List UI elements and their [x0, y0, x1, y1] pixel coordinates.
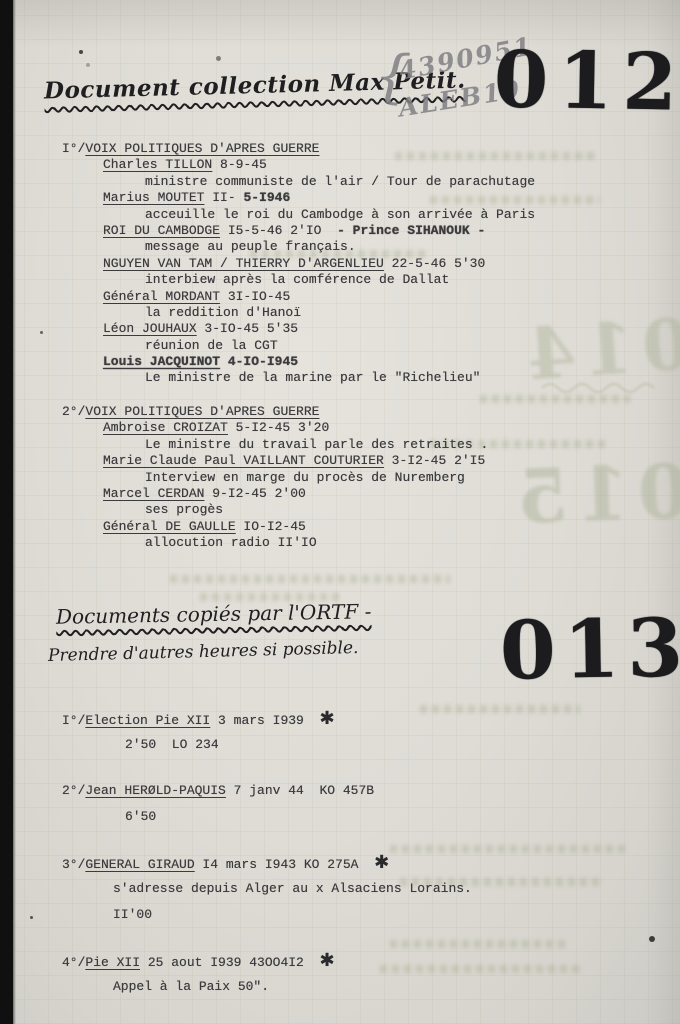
text-segment: 6'50 [125, 809, 156, 824]
underlined-text: NGUYEN VAN TAM / THIERRY D'ARGENLIEU [103, 256, 384, 271]
text-segment: II'00 [113, 907, 152, 922]
text-segment: 2°/ [62, 404, 85, 419]
text-segment: 5-I2-45 3'20 [228, 420, 329, 435]
typed-line: ses progès [62, 502, 488, 518]
text-segment: interbiew après la comférence de Dallat [145, 272, 449, 287]
text-segment: ses progès [145, 502, 223, 517]
text-segment: Le ministre de la marine par le "Richeli… [145, 370, 480, 385]
text-segment: 3-I2-45 2'I5 [384, 453, 485, 468]
ghost-stamp-015: 015 [507, 449, 680, 541]
blank-line [62, 928, 472, 948]
underlined-text: Marius MOUTET [103, 190, 204, 205]
typed-section-numbered-list: I°/Election Pie XII 3 mars I939 ✱2'50 LO… [62, 706, 472, 1000]
text-segment: 4-IO-I945 [220, 354, 298, 369]
text-segment: 4°/ [62, 955, 85, 970]
underlined-text: Jean HERØLD-PAQUIS [85, 783, 225, 798]
typed-line: message au peuple français. [62, 239, 535, 255]
typed-line: I°/VOIX POLITIQUES D'APRES GUERRE [62, 141, 535, 157]
blank-line [62, 758, 472, 778]
typed-line: Le ministre de la marine par le "Richeli… [62, 370, 535, 386]
handwritten-note-sources: Prendre d'autres heures si possible. [48, 638, 359, 666]
dust-speck [216, 56, 221, 61]
typed-line: NGUYEN VAN TAM / THIERRY D'ARGENLIEU 22-… [62, 256, 535, 272]
text-segment: II- [204, 190, 243, 205]
typed-line: Léon JOUHAUX 3-IO-45 5'35 [62, 321, 535, 337]
star-mark: ✱ [319, 708, 334, 729]
typed-line: Louis JACQUINOT 4-IO-I945 [62, 354, 535, 370]
typed-line: 2°/VOIX POLITIQUES D'APRES GUERRE [62, 404, 488, 420]
text-segment: 2'50 LO 234 [125, 737, 219, 752]
typed-line: ROI DU CAMBODGE I5-5-46 2'IO - Prince SI… [62, 223, 535, 239]
text-segment: - Prince SIHANOUK - [337, 223, 485, 238]
typed-line: Général DE GAULLE IO-I2-45 [62, 519, 488, 535]
text-segment: I°/ [62, 141, 85, 156]
underlined-text: Marcel CERDAN [103, 486, 204, 501]
underlined-text: Léon JOUHAUX [103, 321, 197, 336]
text-segment: ministre communiste de l'air / Tour de p… [145, 174, 535, 189]
page-number-stamp-013: 013 [499, 600, 680, 697]
typed-line: Marius MOUTET II- 5-I946 [62, 190, 535, 206]
blank-line [62, 830, 472, 850]
typed-line: interbiew après la comférence de Dallat [62, 272, 535, 288]
text-segment: 8-9-45 [212, 157, 267, 172]
text-segment: I°/ [62, 713, 85, 728]
typed-line: 3°/GENERAL GIRAUD I4 mars I943 KO 275A ✱ [62, 850, 472, 876]
typed-line: ministre communiste de l'air / Tour de p… [62, 174, 535, 190]
typed-line: Marie Claude Paul VAILLANT COUTURIER 3-I… [62, 453, 488, 469]
typed-line: 2°/Jean HERØLD-PAQUIS 7 janv 44 KO 457B [62, 778, 472, 804]
text-segment: Le ministre du travail parle des retrait… [145, 437, 488, 452]
typed-line: la reddition d'Hanoï [62, 305, 535, 321]
scan-edge-shadow [13, 0, 16, 1024]
handwritten-note-ortf: Documents copiés par l'ORTF - [56, 599, 372, 629]
typed-line: Ambroise CROIZAT 5-I2-45 3'20 [62, 420, 488, 436]
underlined-text: Pie XII [85, 955, 140, 970]
text-segment: 7 janv 44 KO 457B [226, 783, 374, 798]
text-segment: I4 mars I943 KO 275A [195, 857, 374, 872]
dust-speck [30, 916, 33, 919]
typed-line: Interview en marge du procès de Nurember… [62, 470, 488, 486]
typed-line: Le ministre du travail parle des retrait… [62, 437, 488, 453]
underlined-text: Ambroise CROIZAT [103, 420, 228, 435]
ghost-handwriting-bleed [540, 378, 670, 394]
typed-line: I°/Election Pie XII 3 mars I939 ✱ [62, 706, 472, 732]
text-segment: 2°/ [62, 783, 85, 798]
underlined-text: Marie Claude Paul VAILLANT COUTURIER [103, 453, 384, 468]
text-segment: la reddition d'Hanoï [145, 305, 301, 320]
typed-line: Charles TILLON 8-9-45 [62, 157, 535, 173]
underlined-text: GENERAL GIRAUD [85, 857, 194, 872]
typed-line: Appel à la Paix 50". [62, 974, 472, 1000]
text-segment: 3-IO-45 5'35 [197, 321, 298, 336]
underlined-text: VOIX POLITIQUES D'APRES GUERRE [85, 141, 319, 156]
star-mark: ✱ [319, 950, 334, 971]
text-segment: 9-I2-45 2'00 [204, 486, 305, 501]
text-segment: Interview en marge du procès de Nurember… [145, 470, 465, 485]
text-segment: 3I-IO-45 [220, 289, 290, 304]
text-segment: 25 aout I939 43OO4I2 [140, 955, 319, 970]
text-segment: allocution radio II'IO [145, 535, 317, 550]
typed-line: 6'50 [62, 804, 472, 830]
underlined-text: Général MORDANT [103, 289, 220, 304]
underlined-text: Charles TILLON [103, 157, 212, 172]
typed-section-voix-politiques-1: I°/VOIX POLITIQUES D'APRES GUERRECharles… [62, 141, 535, 387]
underlined-text: Général DE GAULLE [103, 519, 236, 534]
bleed-through-smudge [170, 575, 450, 583]
text-segment: I5-5-46 2'IO [220, 223, 337, 238]
dust-speck [86, 63, 90, 67]
text-segment: 22-5-46 5'30 [384, 256, 485, 271]
bleed-through-smudge [480, 395, 630, 403]
text-segment: 5-I946 [243, 190, 290, 205]
typed-line: allocution radio II'IO [62, 535, 488, 551]
typed-line: 2'50 LO 234 [62, 732, 472, 758]
typed-line: réunion de la CGT [62, 338, 535, 354]
star-mark: ✱ [374, 852, 389, 873]
typed-line: acceuille le roi du Cambodge à son arriv… [62, 207, 535, 223]
typed-line: Général MORDANT 3I-IO-45 [62, 289, 535, 305]
text-segment: réunion de la CGT [145, 338, 278, 353]
text-segment: acceuille le roi du Cambodge à son arriv… [145, 207, 535, 222]
underlined-text: VOIX POLITIQUES D'APRES GUERRE [85, 404, 319, 419]
typed-line: s'adresse depuis Alger au x Alsaciens Lo… [62, 876, 472, 902]
underlined-text: Election Pie XII [85, 713, 210, 728]
typed-section-voix-politiques-2: 2°/VOIX POLITIQUES D'APRES GUERREAmbrois… [62, 404, 488, 552]
scan-edge-strip [0, 0, 13, 1024]
dust-speck [79, 50, 83, 54]
text-segment: s'adresse depuis Alger au x Alsaciens Lo… [113, 881, 472, 896]
underlined-text: ROI DU CAMBODGE [103, 223, 220, 238]
text-segment: 3°/ [62, 857, 85, 872]
underlined-text: Louis JACQUINOT [103, 354, 220, 369]
text-segment: 3 mars I939 [210, 713, 319, 728]
dust-speck [649, 936, 655, 942]
dust-speck [40, 331, 43, 334]
text-segment: Appel à la Paix 50". [113, 979, 269, 994]
typed-line: Marcel CERDAN 9-I2-45 2'00 [62, 486, 488, 502]
typed-line: II'00 [62, 902, 472, 928]
text-segment: message au peuple français. [145, 239, 356, 254]
scanned-document-page: 014 015 Document collection Max Petit. {… [0, 0, 680, 1024]
page-number-stamp-012: 012 [493, 34, 680, 128]
text-segment: IO-I2-45 [236, 519, 306, 534]
typed-line: 4°/Pie XII 25 aout I939 43OO4I2 ✱ [62, 948, 472, 974]
